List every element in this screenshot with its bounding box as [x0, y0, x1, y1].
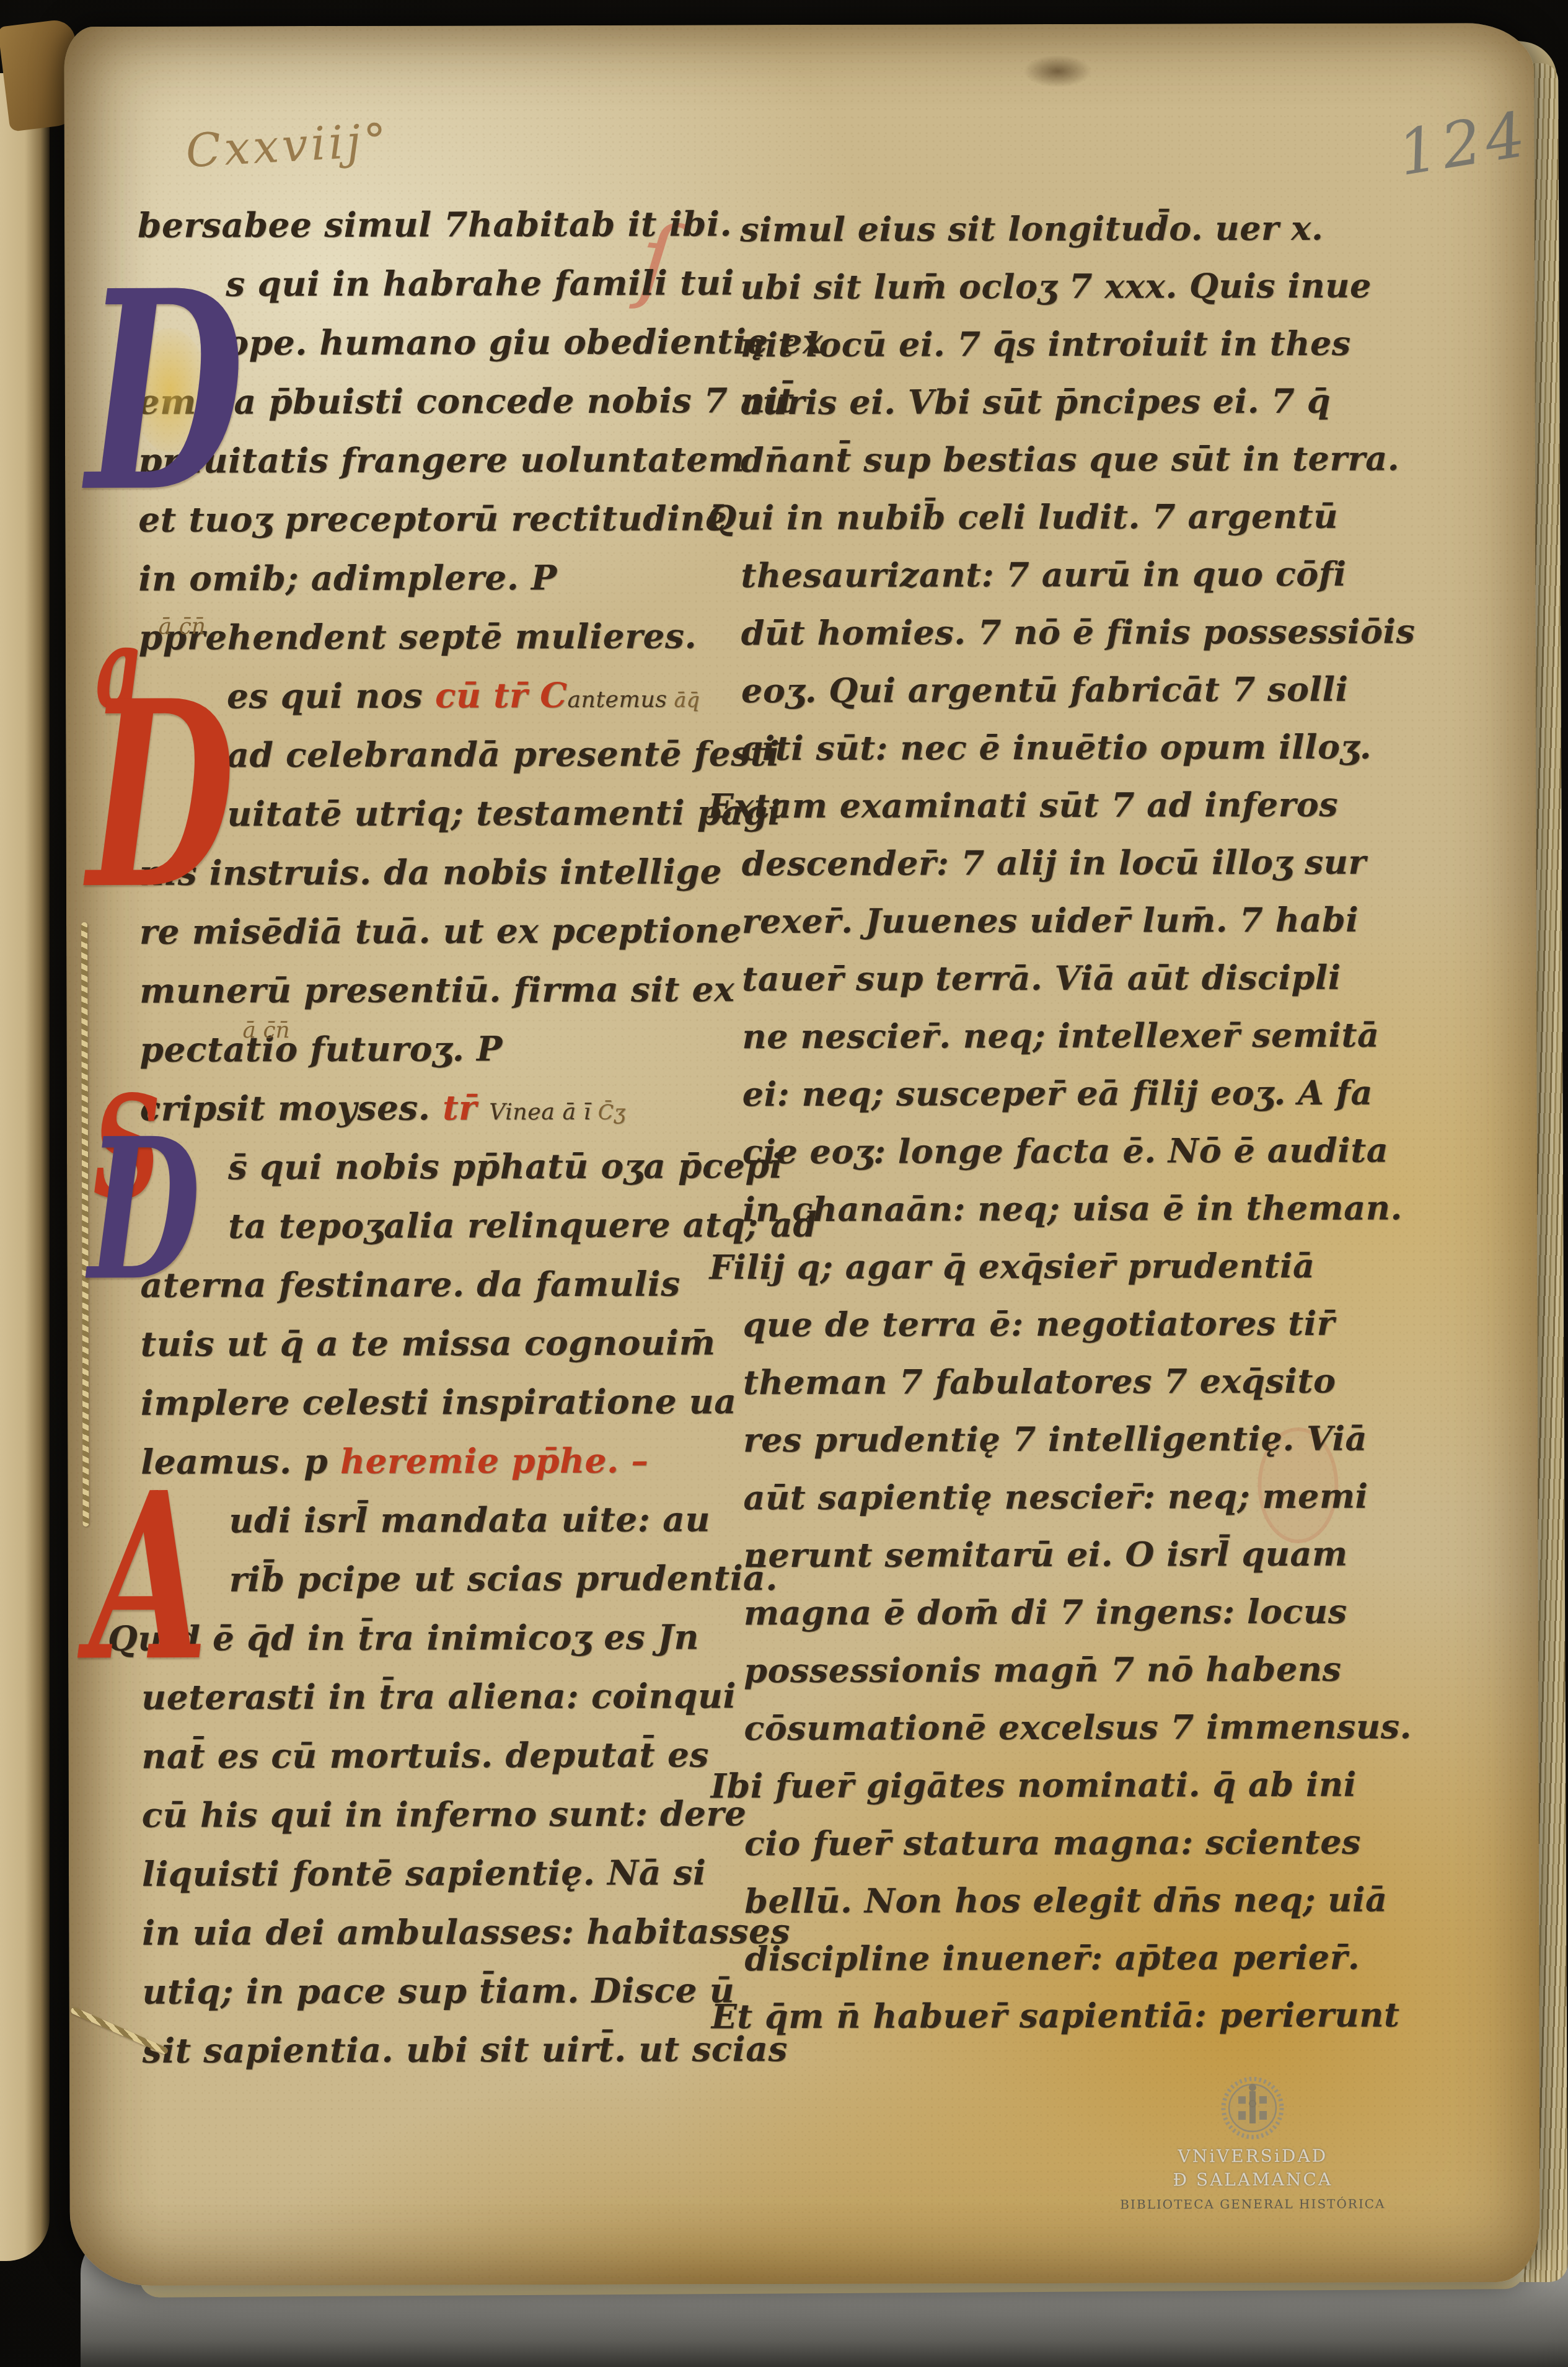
- text-line: thesaurizant: 7 aurū in quo cōfi: [741, 553, 1416, 613]
- text-line: nit locū ei. 7 q̄s introiuit in thes: [740, 323, 1416, 382]
- text-line: Filij q; agar q̄ exq̄sier̄ prudentiā: [709, 1245, 1418, 1305]
- text-line: citi sūt: nec ē inuētio opum illoʒ.: [741, 726, 1417, 786]
- library-watermark: VNiVERSiDAD Ð SALAMANCA BIBLIOTECA GENER…: [1088, 2076, 1417, 2211]
- text-segment: que de terra ē: negotiatores tir̄: [743, 1303, 1335, 1344]
- illuminated-initial: A: [89, 1463, 208, 1693]
- text-segment: liquisti fontē sapientię. Nā si: [142, 1852, 707, 1893]
- text-segment: āq̄: [667, 687, 700, 712]
- text-line: cōsumationē excelsus 7 immensus.: [744, 1706, 1419, 1766]
- text-line: ne nescier̄. neq; intellexer̄ semitā: [742, 1015, 1417, 1074]
- text-segment: nerunt semitarū ei. O isrl̄ quam: [744, 1534, 1348, 1576]
- text-segment: pectatio futuroʒ. P: [139, 1028, 502, 1070]
- text-line: udi isrl̄ mandata uite: au: [141, 1499, 739, 1559]
- text-line: nerunt semitarū ei. O isrl̄ quam: [744, 1533, 1419, 1593]
- text-segment: es qui nos: [227, 676, 435, 716]
- text-line: res prudentię 7 intelligentię. Viā: [743, 1418, 1419, 1478]
- text-segment: ueterasti in t̄ra aliena: coinqui: [141, 1675, 736, 1717]
- library-seal-icon: [1221, 2076, 1284, 2140]
- text-segment: magna ē dom̄ di 7 ingens: locus: [744, 1592, 1347, 1633]
- text-line: magna ē dom̄ di 7 ingens: locus: [744, 1591, 1419, 1651]
- text-segment: tauer̄ sup terrā. Viā aūt discipli: [742, 958, 1341, 999]
- text-line: munerū presentiū. firma sit ex: [139, 969, 738, 1029]
- text-segment: theman 7 fabulatores 7 exq̄sito: [743, 1361, 1336, 1403]
- text-segment: descender̄: 7 alij in locū illoʒ sur: [742, 842, 1367, 884]
- text-line: aūt sapientię nescier̄: neq; memi: [743, 1476, 1419, 1535]
- text-line: cū his qui in inferno sunt: dere: [142, 1793, 740, 1854]
- facing-page-edge: [0, 73, 50, 2261]
- text-segment: cū his qui in inferno sunt: dere: [142, 1793, 747, 1835]
- text-segment: dn̄ant̄ sup bestias que sūt in terra.: [741, 438, 1399, 480]
- text-segment: cio fuer̄ statura magna: scientes: [744, 1822, 1361, 1864]
- text-segment: bellū. Non hos elegit dn̄s neq; uiā: [744, 1880, 1387, 1921]
- text-segment: thesaurizant: 7 aurū in quo cōfi: [741, 554, 1346, 596]
- text-segment: udi isrl̄ mandata uite: au: [229, 1499, 710, 1540]
- text-line: utiq; in pace sup t̄iam. Disce ū: [142, 1970, 740, 2030]
- text-line: Et q̄m n̄ habuer̄ sapientiā: perierunt: [711, 1995, 1420, 2054]
- page-number-pencil: 124: [1393, 97, 1535, 190]
- text-line: auris ei. Vbi sūt p̄ncipes ei. 7 q̄: [741, 381, 1416, 440]
- text-line: discipline inuener̄: ap̄tea perier̄.: [744, 1937, 1420, 1996]
- folio-number: Cxxviij°: [185, 113, 391, 178]
- text-segment: Qui in nubib̄ celi ludit. 7 argentū: [707, 496, 1338, 538]
- text-segment: simul eius sit longitud̄o. uer x.: [740, 208, 1323, 249]
- text-segment: discipline inuener̄: ap̄tea perier̄.: [744, 1937, 1360, 1979]
- text-line: Ibi fuer̄ gigātes nominati. q̄ ab ini: [711, 1764, 1420, 1823]
- text-segment: cū tr̄: [435, 675, 540, 715]
- text-segment: tr̄: [443, 1087, 489, 1127]
- text-segment: Extam examinati sūt 7 ad inferos: [708, 785, 1338, 826]
- text-line: in uia dei ambulasses: habitasses: [142, 1911, 740, 1972]
- text-line: aterna festinare. da famulis: [140, 1263, 738, 1324]
- text-line: rib̄ pcipe ut scias prudentiā.: [141, 1558, 739, 1618]
- text-segment: ope. humano giu obedientię ex: [226, 321, 823, 363]
- text-segment: ubi sit lum̄ ocloʒ 7 xxx. Quis inue: [740, 266, 1372, 307]
- text-line: liquisti fontē sapientię. Nā si: [142, 1852, 740, 1913]
- text-segment: Ibi fuer̄ gigātes nominati. q̄ ab ini: [711, 1765, 1357, 1806]
- text-segment: rexer̄. Juuenes uider̄ lum̄. 7 habi: [742, 900, 1359, 941]
- ink-stain: [1023, 55, 1091, 87]
- text-line: cripsit moyses. tr̄ Vinea ā ī C̄ʒ: [140, 1087, 738, 1147]
- text-segment: ei: neq; susceper̄ eā filij eoʒ. A fa: [742, 1073, 1373, 1114]
- text-segment: uitatē utriq; testamenti pagi: [227, 792, 781, 834]
- text-line: ueterasti in t̄ra aliena: coinqui: [141, 1675, 739, 1736]
- text-segment: s̄ qui nobis pp̄hatū oʒa p̄cepi: [228, 1145, 783, 1187]
- text-line: ta tepoʒalia relinquere atq; ad: [140, 1204, 738, 1265]
- text-segment: Vinea ā ī: [489, 1098, 591, 1125]
- text-line: in omib; adimplere. P: [138, 557, 736, 617]
- text-segment: s qui in habrahe famili tui: [226, 262, 734, 304]
- watermark-line1: VNiVERSiDAD: [1088, 2145, 1417, 2166]
- text-line: possessionis magn̄ 7 nō habens: [744, 1649, 1419, 1708]
- text-line: dn̄ant̄ sup bestias que sūt in terra.: [741, 438, 1416, 498]
- text-segment: cie eoʒ: longe facta ē. Nō ē audita: [742, 1131, 1388, 1172]
- text-segment: eoʒ. Qui argentū fabricāt 7 solli: [741, 669, 1349, 711]
- text-line: descender̄: 7 alij in locū illoʒ sur: [742, 842, 1417, 901]
- text-segment: Et q̄m n̄ habuer̄ sapientiā: perierunt: [711, 1995, 1400, 2036]
- text-line: implere celesti inspiratione ua: [141, 1381, 739, 1442]
- manuscript-photograph: Cxxviij° 124 ſ bersabee simul 7habitab i…: [0, 0, 1568, 2367]
- text-segment: possessionis magn̄ 7 nō habens: [744, 1649, 1341, 1691]
- text-line: cie eoʒ: longe facta ē. Nō ē audita: [742, 1130, 1418, 1189]
- watermark-line2: Ð SALAMANCA: [1088, 2169, 1417, 2190]
- text-segment: heremie pp̄he. –: [340, 1440, 649, 1481]
- text-segment: implere celesti inspiratione ua: [141, 1381, 737, 1423]
- text-line: dūt homies. 7 nō ē finis possessiōis: [741, 611, 1417, 671]
- text-segment: aterna festinare. da famulis: [140, 1264, 680, 1305]
- text-segment: citi sūt: nec ē inuētio opum illoʒ.: [741, 727, 1372, 769]
- text-line: simul eius sit longitud̄o. uer x.: [740, 208, 1416, 267]
- text-line: tauer̄ sup terrā. Viā aūt discipli: [742, 957, 1417, 1016]
- text-line: leamus. p heremie pp̄he. –: [141, 1440, 739, 1501]
- text-line: ubi sit lum̄ ocloʒ 7 xxx. Quis inue: [740, 265, 1416, 325]
- text-line: que de terra ē: negotiatores tir̄: [743, 1303, 1419, 1362]
- watermark-line3: BIBLIOTECA GENERAL HISTÓRICA: [1088, 2196, 1417, 2211]
- text-segment: ad celebrandā presentē festi: [227, 733, 780, 775]
- illuminated-initial: D: [86, 255, 245, 529]
- text-segment: C̄ʒ: [591, 1100, 626, 1124]
- text-line: bellū. Non hos elegit dn̄s neq; uiā: [744, 1879, 1420, 1939]
- text-segment: res prudentię 7 intelligentię. Viā: [743, 1419, 1367, 1460]
- text-line: s̄ qui nobis pp̄hatū oʒa p̄cepi: [140, 1145, 738, 1206]
- text-line: cio fuer̄ statura magna: scientes: [744, 1822, 1420, 1881]
- text-segment: in uia dei ambulasses: habitasses: [142, 1911, 790, 1953]
- text-segment: rib̄ pcipe ut scias prudentiā.: [229, 1558, 778, 1599]
- text-line: Qui in nubib̄ celi ludit. 7 argentū: [707, 496, 1416, 555]
- text-segment: nat̄ es cū mortuis. deputat̄ es: [141, 1734, 708, 1776]
- text-segment: in chanaān: neq; uisa ē in theman.: [742, 1188, 1403, 1229]
- text-line: tuis ut q̄ a te missa cognouim̄: [141, 1322, 739, 1383]
- text-segment: tuis ut q̄ a te missa cognouim̄: [141, 1322, 716, 1364]
- text-segment: dūt homies. 7 nō ē finis possessiōis: [741, 611, 1416, 653]
- text-segment: munerū presentiū. firma sit ex: [139, 969, 734, 1011]
- text-segment: sit sapientia. ubi sit uirt̄. ut scias: [143, 2029, 788, 2071]
- text-line: Extam examinati sūt 7 ad inferos: [708, 784, 1417, 844]
- text-segment: ta tepoʒalia relinquere atq; ad: [228, 1204, 817, 1246]
- text-line: rexer̄. Juuenes uider̄ lum̄. 7 habi: [742, 899, 1417, 959]
- text-segment: antemus: [567, 686, 667, 713]
- marginal-gloss: ā c̄n̄: [159, 614, 206, 640]
- text-line: ei: neq; susceper̄ eā filij eoʒ. A fa: [742, 1072, 1418, 1132]
- text-segment: nit locū ei. 7 q̄s introiuit in thes: [740, 324, 1350, 365]
- marginal-gloss: ā c̄n̄: [242, 1018, 289, 1043]
- text-column-right: simul eius sit longitud̄o. uer x.ubi sit…: [740, 208, 1420, 2054]
- text-segment: ne nescier̄. neq; intellexer̄ semitā: [742, 1015, 1379, 1057]
- text-line: theman 7 fabulatores 7 exq̄sito: [743, 1360, 1419, 1420]
- text-segment: Filij q; agar q̄ exq̄sier̄ prudentiā: [709, 1246, 1315, 1287]
- text-line: eoʒ. Qui argentū fabricāt 7 solli: [741, 669, 1417, 728]
- illuminated-initial: D: [87, 667, 236, 923]
- text-segment: auris ei. Vbi sūt p̄ncipes ei. 7 q̄: [741, 381, 1331, 422]
- text-line: in chanaān: neq; uisa ē in theman.: [742, 1188, 1418, 1247]
- text-segment: cōsumationē excelsus 7 immensus.: [744, 1706, 1412, 1748]
- text-segment: in omib; adimplere. P: [138, 557, 557, 599]
- text-segment: aūt sapientię nescier̄: neq; memi: [743, 1476, 1368, 1518]
- text-line: sit sapientia. ubi sit uirt̄. ut scias: [143, 2029, 741, 2089]
- text-line: pectatio futuroʒ. P: [139, 1028, 738, 1088]
- manuscript-page: Cxxviij° 124 ſ bersabee simul 7habitab i…: [64, 23, 1540, 2286]
- text-segment: C: [540, 675, 567, 715]
- text-segment: utiq; in pace sup t̄iam. Disce ū: [142, 1970, 734, 2012]
- illuminated-initial: D: [88, 1113, 201, 1308]
- text-line: nat̄ es cū mortuis. deputat̄ es: [141, 1734, 739, 1795]
